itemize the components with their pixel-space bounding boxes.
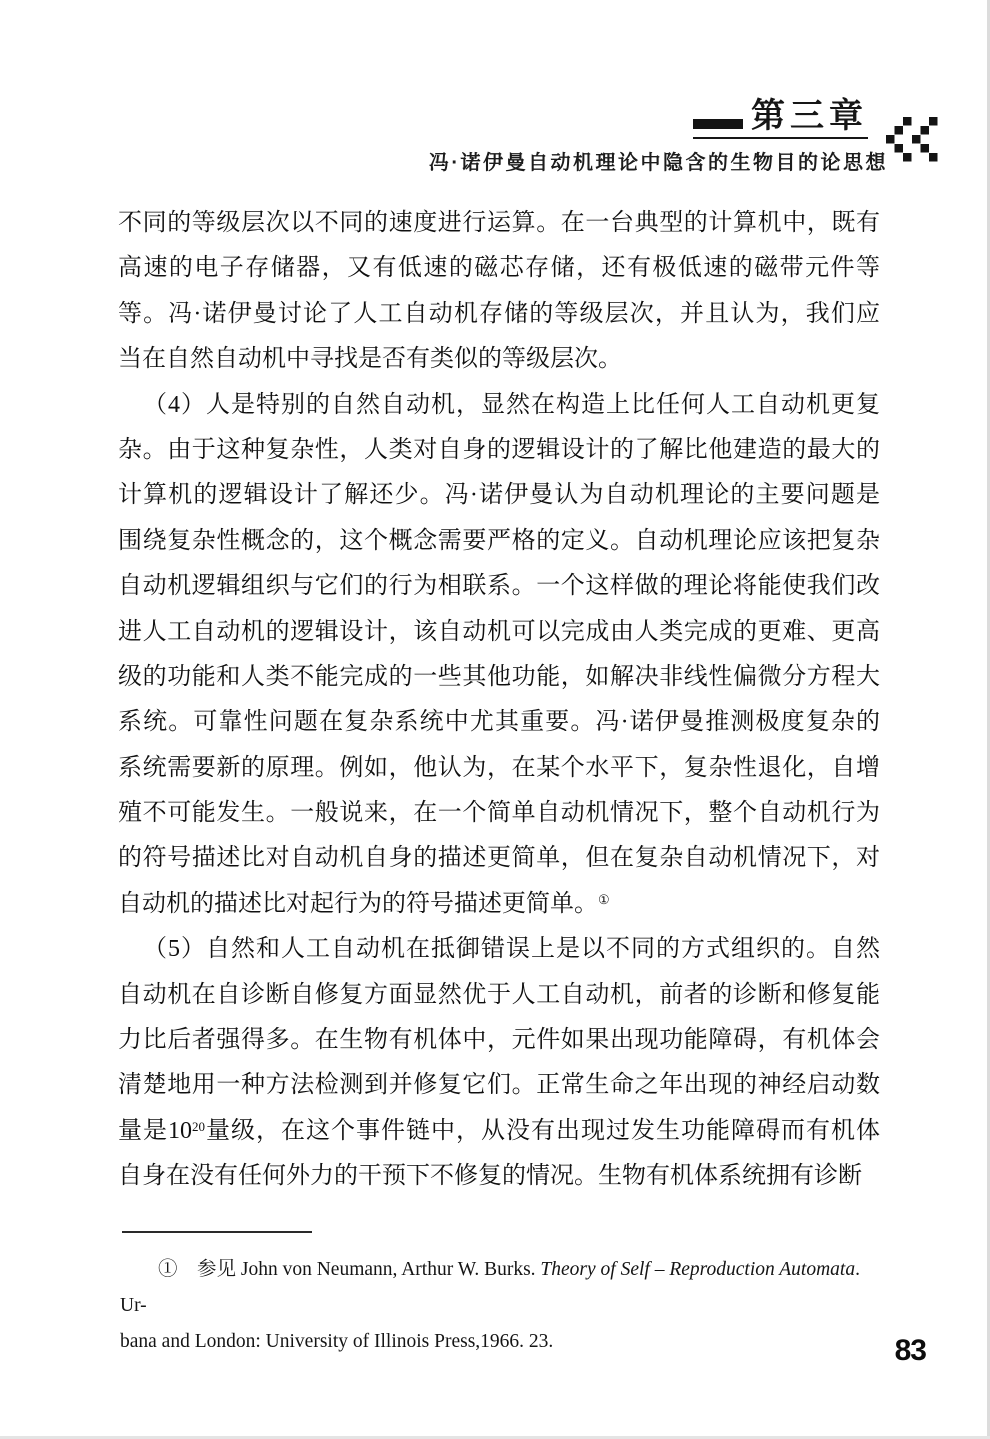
- body-line: 清楚地用一种方法检测到并修复它们。正常生命之年出现的神经启动数: [118, 1063, 880, 1108]
- body-line: 力比后者强得多。在生物有机体中，元件如果出现功能障碍，有机体会: [118, 1018, 880, 1063]
- body-line: 殖不可能发生。一般说来，在一个简单自动机情况下，整个自动机行为: [118, 791, 880, 836]
- chapter-header: 第三章 冯·诺伊曼自动机理论中隐含的生物目的论思想: [429, 100, 888, 175]
- body-line: 系统需要新的原理。例如，他认为，在某个水平下，复杂性退化，自增: [118, 746, 880, 791]
- chapter-title: 第三章: [751, 100, 868, 134]
- body-text: 不同的等级层次以不同的速度进行运算。在一台典型的计算机中，既有高速的电子存储器，…: [118, 201, 880, 1200]
- page-number: 83: [895, 1334, 926, 1368]
- body-line: 高速的电子存储器，又有低速的磁芯存储，还有极低速的磁带元件等: [118, 246, 880, 291]
- chapter-title-row: 第三章: [693, 100, 868, 139]
- body-line: 杂。由于这种复杂性，人类对自身的逻辑设计的了解比他建造的最大的: [118, 428, 880, 473]
- body-line: 进人工自动机的逻辑设计，该自动机可以完成由人类完成的更难、更高: [118, 610, 880, 655]
- double-left-chevron-icon: [886, 116, 938, 167]
- body-line: 自动机逻辑组织与它们的行为相联系。一个这样做的理论将能使我们改: [118, 564, 880, 609]
- footnote-line: bana and London: University of Illinois …: [120, 1324, 884, 1360]
- body-line: 自动机的描述比对起行为的符号描述更简单。①: [118, 882, 880, 927]
- body-line: 计算机的逻辑设计了解还少。冯·诺伊曼认为自动机理论的主要问题是: [118, 473, 880, 518]
- body-line: 自身在没有任何外力的干预下不修复的情况。生物有机体系统拥有诊断: [118, 1154, 880, 1199]
- body-line: 量是1020量级，在这个事件链中，从没有出现过发生功能障碍而有机体: [118, 1109, 880, 1154]
- chapter-marker-bar: [693, 119, 743, 129]
- body-line: （4）人是特别的自然自动机，显然在构造上比任何人工自动机更复: [118, 383, 880, 428]
- body-line: 级的功能和人类不能完成的一些其他功能，如解决非线性偏微分方程大: [118, 655, 880, 700]
- body-line: 当在自然自动机中寻找是否有类似的等级层次。: [118, 337, 880, 382]
- footnote-divider: [122, 1231, 312, 1233]
- body-line: 不同的等级层次以不同的速度进行运算。在一台典型的计算机中，既有: [118, 201, 880, 246]
- footnote: ① 参见 John von Neumann, Arthur W. Burks. …: [120, 1252, 884, 1360]
- chapter-subtitle: 冯·诺伊曼自动机理论中隐含的生物目的论思想: [429, 146, 888, 175]
- body-line: 围绕复杂性概念的，这个概念需要严格的定义。自动机理论应该把复杂: [118, 519, 880, 564]
- body-line: 等。冯·诺伊曼讨论了人工自动机存储的等级层次，并且认为，我们应: [118, 292, 880, 337]
- body-line: （5）自然和人工自动机在抵御错误上是以不同的方式组织的。自然: [118, 927, 880, 972]
- body-line: 系统。可靠性问题在复杂系统中尤其重要。冯·诺伊曼推测极度复杂的: [118, 700, 880, 745]
- book-page: 第三章 冯·诺伊曼自动机理论中隐含的生物目的论思想 不同的等级层次以不同的速度进…: [0, 0, 990, 1439]
- body-line: 的符号描述比对自动机自身的描述更简单，但在复杂自动机情况下，对: [118, 836, 880, 881]
- footnote-line: ① 参见 John von Neumann, Arthur W. Burks. …: [120, 1252, 884, 1324]
- body-line: 自动机在自诊断自修复方面显然优于人工自动机，前者的诊断和修复能: [118, 973, 880, 1018]
